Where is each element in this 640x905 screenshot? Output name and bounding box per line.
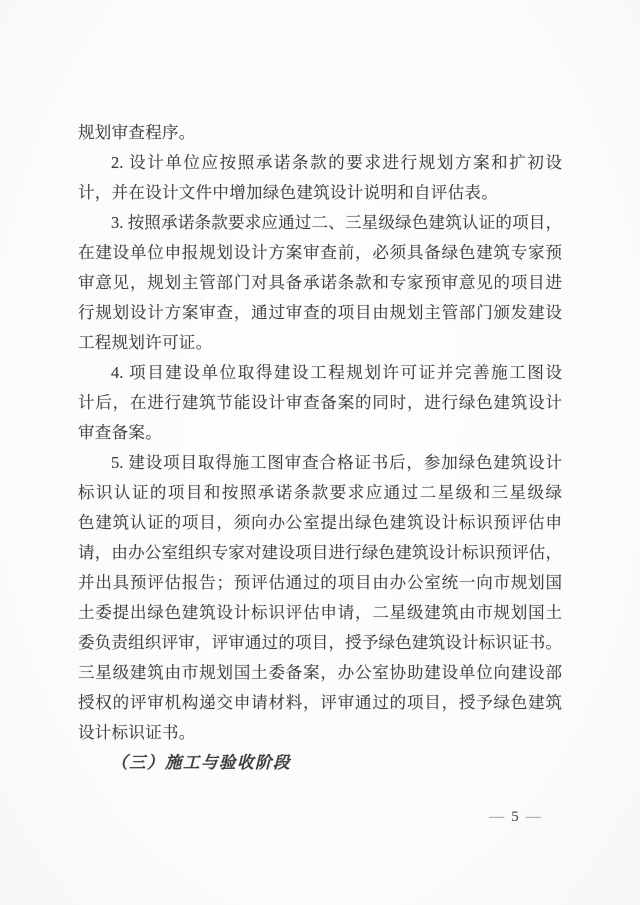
text-line: 5. 建设项目取得施工图审查合格证书后，参加绿色建筑设计 [78,448,562,478]
section-heading: （三）施工与验收阶段 [78,748,562,778]
text-line: 设计标识证书。 [78,718,562,748]
text-line: 请，由办公室组织专家对建设项目进行绿色建筑设计标识预评估， [78,538,562,568]
text-line: 授权的评审机构递交申请材料，评审通过的项目，授予绿色建筑 [78,688,562,718]
text-line: 工程规划许可证。 [78,328,562,358]
text-line: 标识认证的项目和按照承诺条款要求应通过二星级和三星级绿 [78,478,562,508]
page-number: —5— [455,806,575,828]
text-line: 在建设单位申报规划设计方案审查前，必须具备绿色建筑专家预 [78,238,562,268]
text-line: 审查备案。 [78,418,562,448]
text-line: 三星级建筑由市规划国土委备案，办公室协助建设单位向建设部 [78,658,562,688]
document-lines: 规划审查程序。2. 设计单位应按照承诺条款的要求进行规划方案和扩初设计，并在设计… [78,118,562,778]
text-line: 土委提出绿色建筑设计标识评估申请，二星级建筑由市规划国土 [78,598,562,628]
page-number-right-dash: — [526,809,541,825]
text-line: 色建筑认证的项目，须向办公室提出绿色建筑设计标识预评估申 [78,508,562,538]
text-line: 计后，在进行建筑节能设计审查备案的同时，进行绿色建筑设计 [78,388,562,418]
document-page: 规划审查程序。2. 设计单位应按照承诺条款的要求进行规划方案和扩初设计，并在设计… [0,0,640,905]
page-number-left-dash: — [489,809,504,825]
text-line: 计，并在设计文件中增加绿色建筑设计说明和自评估表。 [78,178,562,208]
text-line: 委负责组织评审，评审通过的项目，授予绿色建筑设计标识证书。 [78,628,562,658]
text-line: 并出具预评估报告；预评估通过的项目由办公室统一向市规划国 [78,568,562,598]
text-line: 4. 项目建设单位取得建设工程规划许可证并完善施工图设 [78,358,562,388]
text-line: 行规划设计方案审查，通过审查的项目由规划主管部门颁发建设 [78,298,562,328]
text-line: 3. 按照承诺条款要求应通过二、三星级绿色建筑认证的项目， [78,208,562,238]
page-number-value: 5 [504,809,526,825]
text-line: 审意见，规划主管部门对具备承诺条款和专家预审意见的项目进 [78,268,562,298]
text-line: 2. 设计单位应按照承诺条款的要求进行规划方案和扩初设 [78,148,562,178]
text-line: 规划审查程序。 [78,118,562,148]
